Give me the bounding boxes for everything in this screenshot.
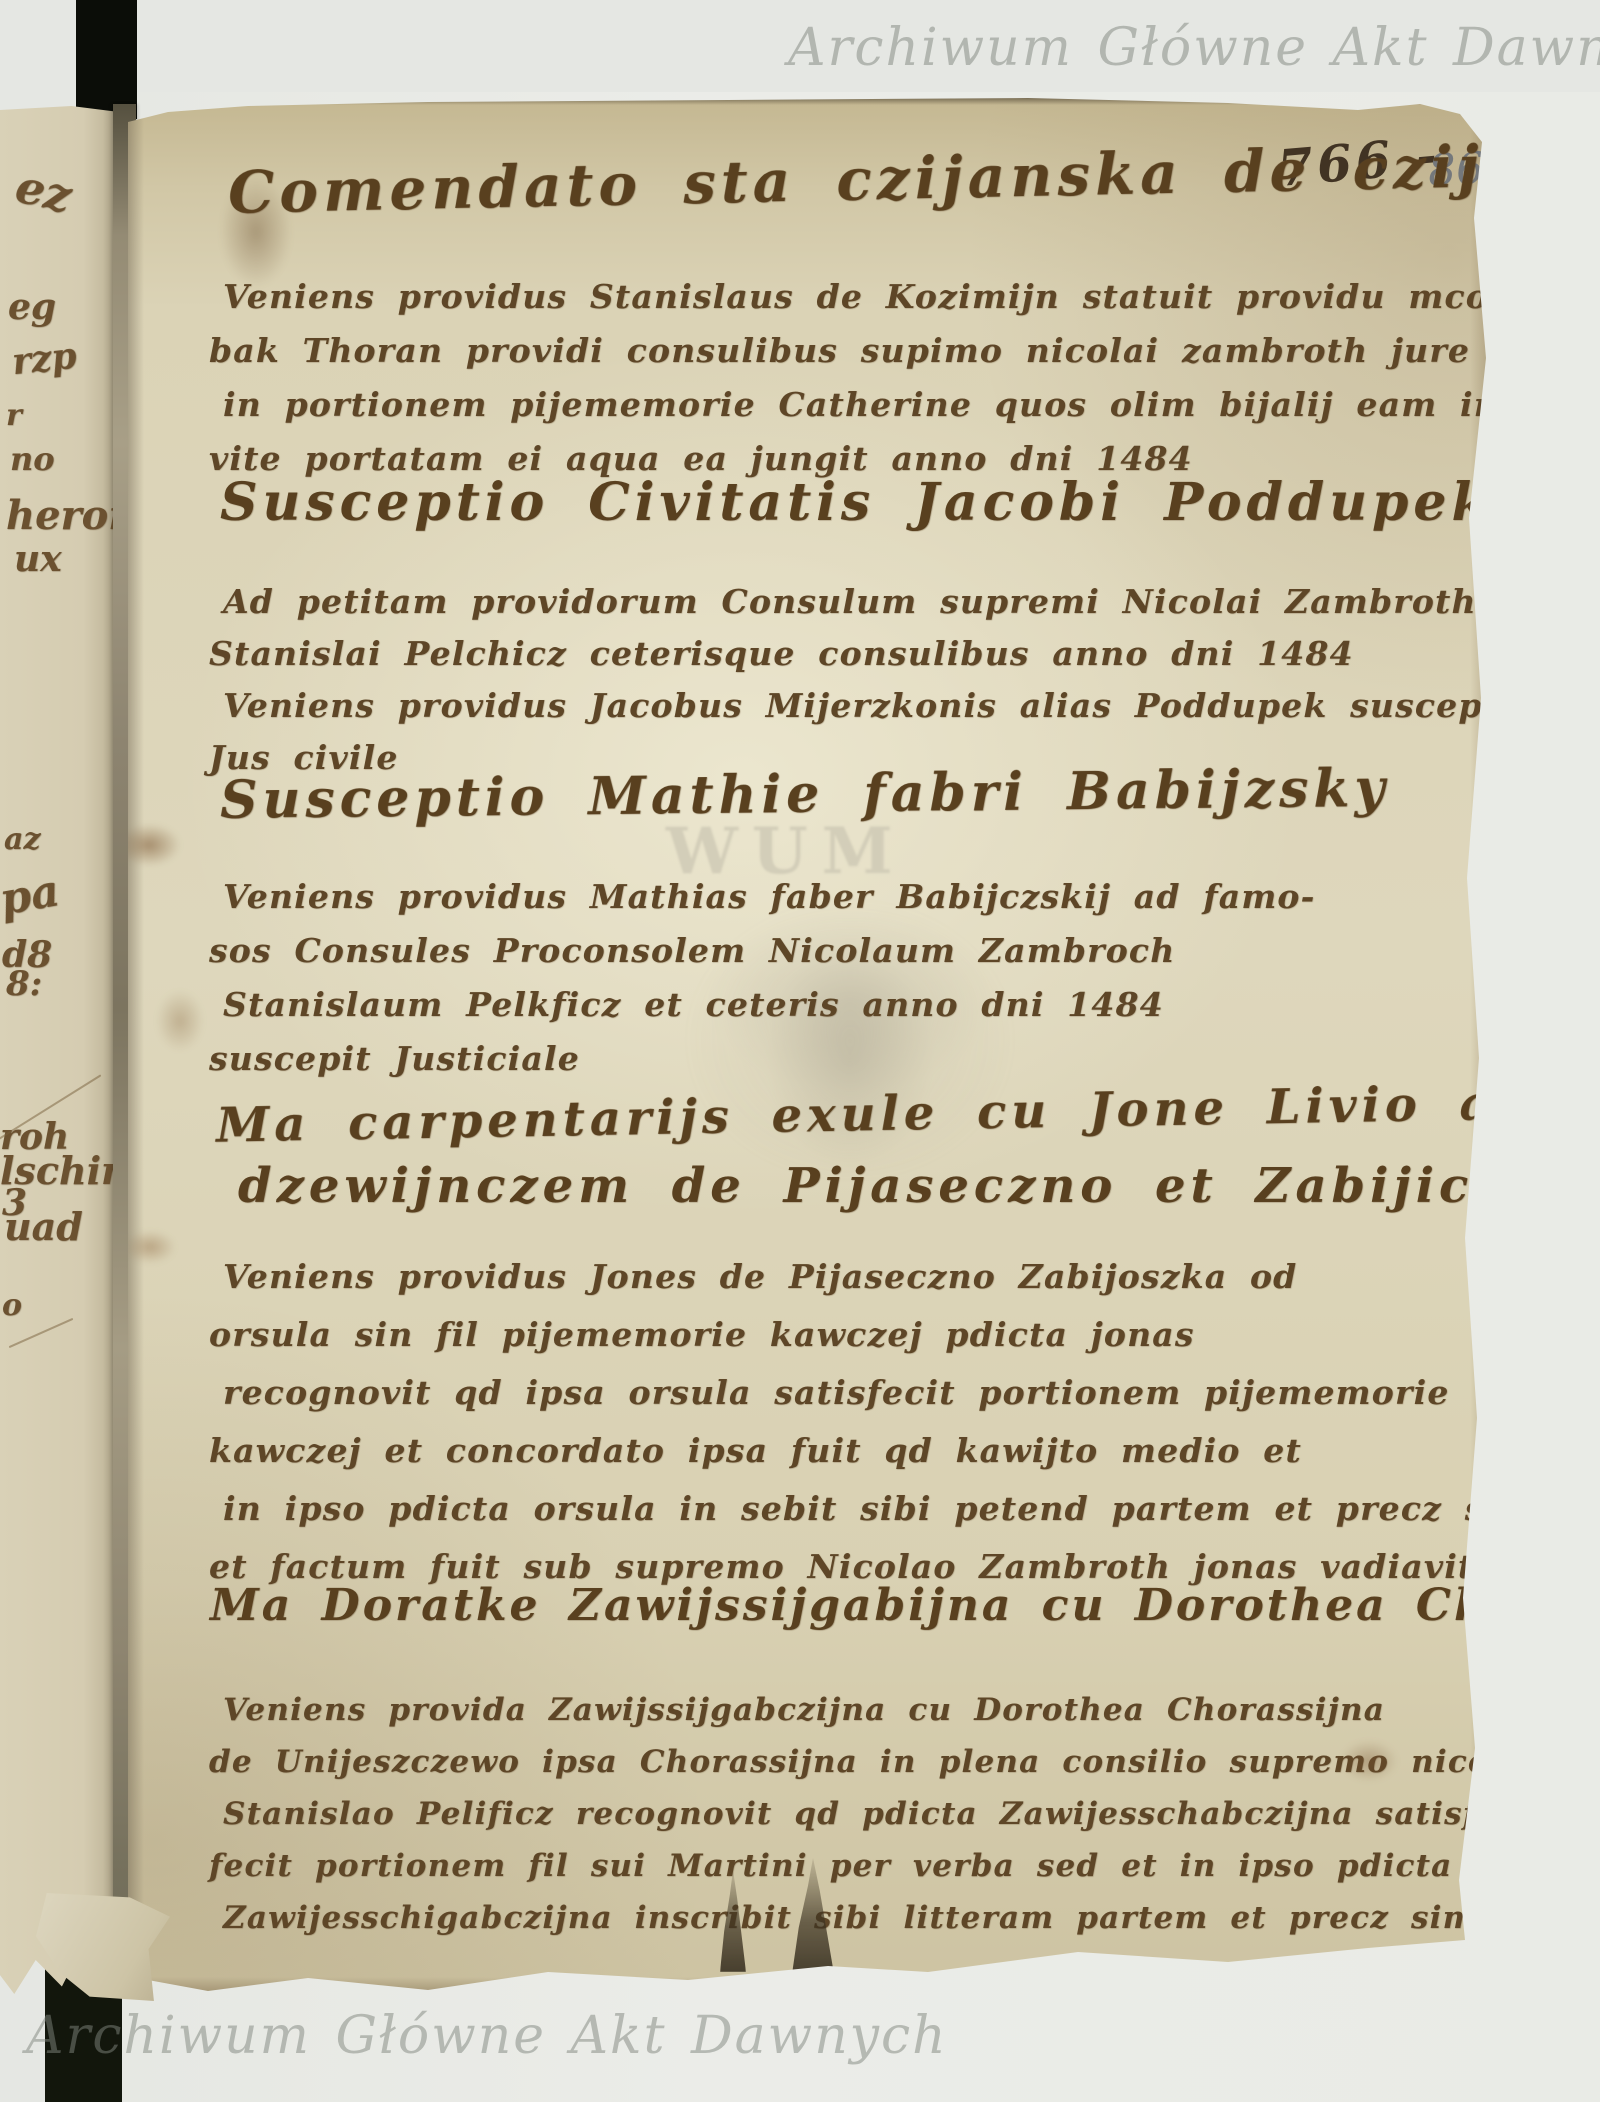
manuscript-line: suscepit Justiciale — [209, 1032, 1316, 1086]
section-heading: Comendato sta czijanska de czijnijn — [227, 129, 1600, 226]
ink-stain — [1340, 1740, 1398, 1782]
section-heading: Ma carpentarijs exule cu Jone Livio alb — [216, 1074, 1558, 1153]
manuscript-line: Stanislaum Pelkficz et ceteris anno dni … — [223, 978, 1316, 1032]
manuscript-line: Veniens providus Stanislaus de Kozimijn … — [223, 270, 1600, 324]
section-paragraph: Veniens providus Jones de Pijaseczno Zab… — [223, 1248, 1594, 1596]
manuscript-line: kawczej et concordato ipsa fuit qd kawij… — [209, 1422, 1594, 1480]
section-paragraph: Veniens providus Mathias faber Babijczsk… — [223, 870, 1316, 1086]
section-heading: Susceptio Civitatis Jacobi Poddupek — [220, 472, 1493, 533]
section-heading: Susceptio Mathie fabri Babijzsky — [220, 758, 1390, 831]
manuscript-line: sos Consules Proconsolem Nicolaum Zambro… — [209, 924, 1316, 978]
manuscript-line: Stanislai Pelchicz ceterisque consulibus… — [209, 628, 1513, 680]
spine-black-bar-top — [76, 0, 137, 119]
manuscript-scan: { "archive_watermark": { "top": "Archiwu… — [0, 0, 1600, 2102]
manuscript-line: fecit portionem fil sui Martini per verb… — [209, 1840, 1600, 1892]
ink-blot — [220, 176, 292, 288]
section-paragraph: Ad petitam providorum Consulum supremi N… — [223, 576, 1513, 784]
manuscript-line: Veniens providus Jones de Pijaseczno Zab… — [223, 1248, 1594, 1306]
manuscript-page: WUM 766 - 86. Comendato sta czijanska de… — [128, 98, 1490, 1993]
archive-watermark-top: Archiwum Główne Akt Dawnych — [788, 18, 1600, 78]
manuscript-line: Veniens provida Zawijssijgabczijna cu Do… — [223, 1684, 1600, 1736]
ink-stain — [156, 990, 204, 1052]
manuscript-line: bak Thoran providi consulibus supimo nic… — [209, 324, 1600, 378]
section-paragraph: Veniens providus Stanislaus de Kozimijn … — [223, 270, 1600, 486]
section-heading: Ma Doratke Zawijssijgabijna cu Dorothea … — [210, 1580, 1600, 1631]
manuscript-line: Stanislao Pelificz recognovit qd pdicta … — [223, 1788, 1600, 1840]
section-heading-line2: dzewijnczem de Pijaseczno et Zabijicha — [238, 1158, 1549, 1214]
manuscript-line: in portionem pijememorie Catherine quos … — [223, 378, 1600, 432]
manuscript-line: orsula sin fil pijememorie kawczej pdict… — [209, 1306, 1594, 1364]
adjacent-page-sliver — [0, 106, 119, 1994]
manuscript-line: Zawijesschigabczijna inscribit sibi litt… — [223, 1892, 1600, 1944]
manuscript-line: Veniens providus Jacobus Mijerzkonis ali… — [223, 680, 1513, 732]
archive-watermark-bottom: Archiwum Główne Akt Dawnych — [26, 2006, 948, 2066]
manuscript-line: Veniens providus Mathias faber Babijczsk… — [223, 870, 1316, 924]
manuscript-line: Ad petitam providorum Consulum supremi N… — [223, 576, 1513, 628]
manuscript-line: in ipso pdicta orsula in sebit sibi pete… — [223, 1480, 1594, 1538]
ink-stain — [124, 1230, 176, 1264]
page-left-edge — [128, 98, 144, 1993]
section-paragraph: Veniens provida Zawijssijgabczijna cu Do… — [223, 1684, 1600, 1944]
manuscript-line: recognovit qd ipsa orsula satisfecit por… — [223, 1364, 1594, 1422]
